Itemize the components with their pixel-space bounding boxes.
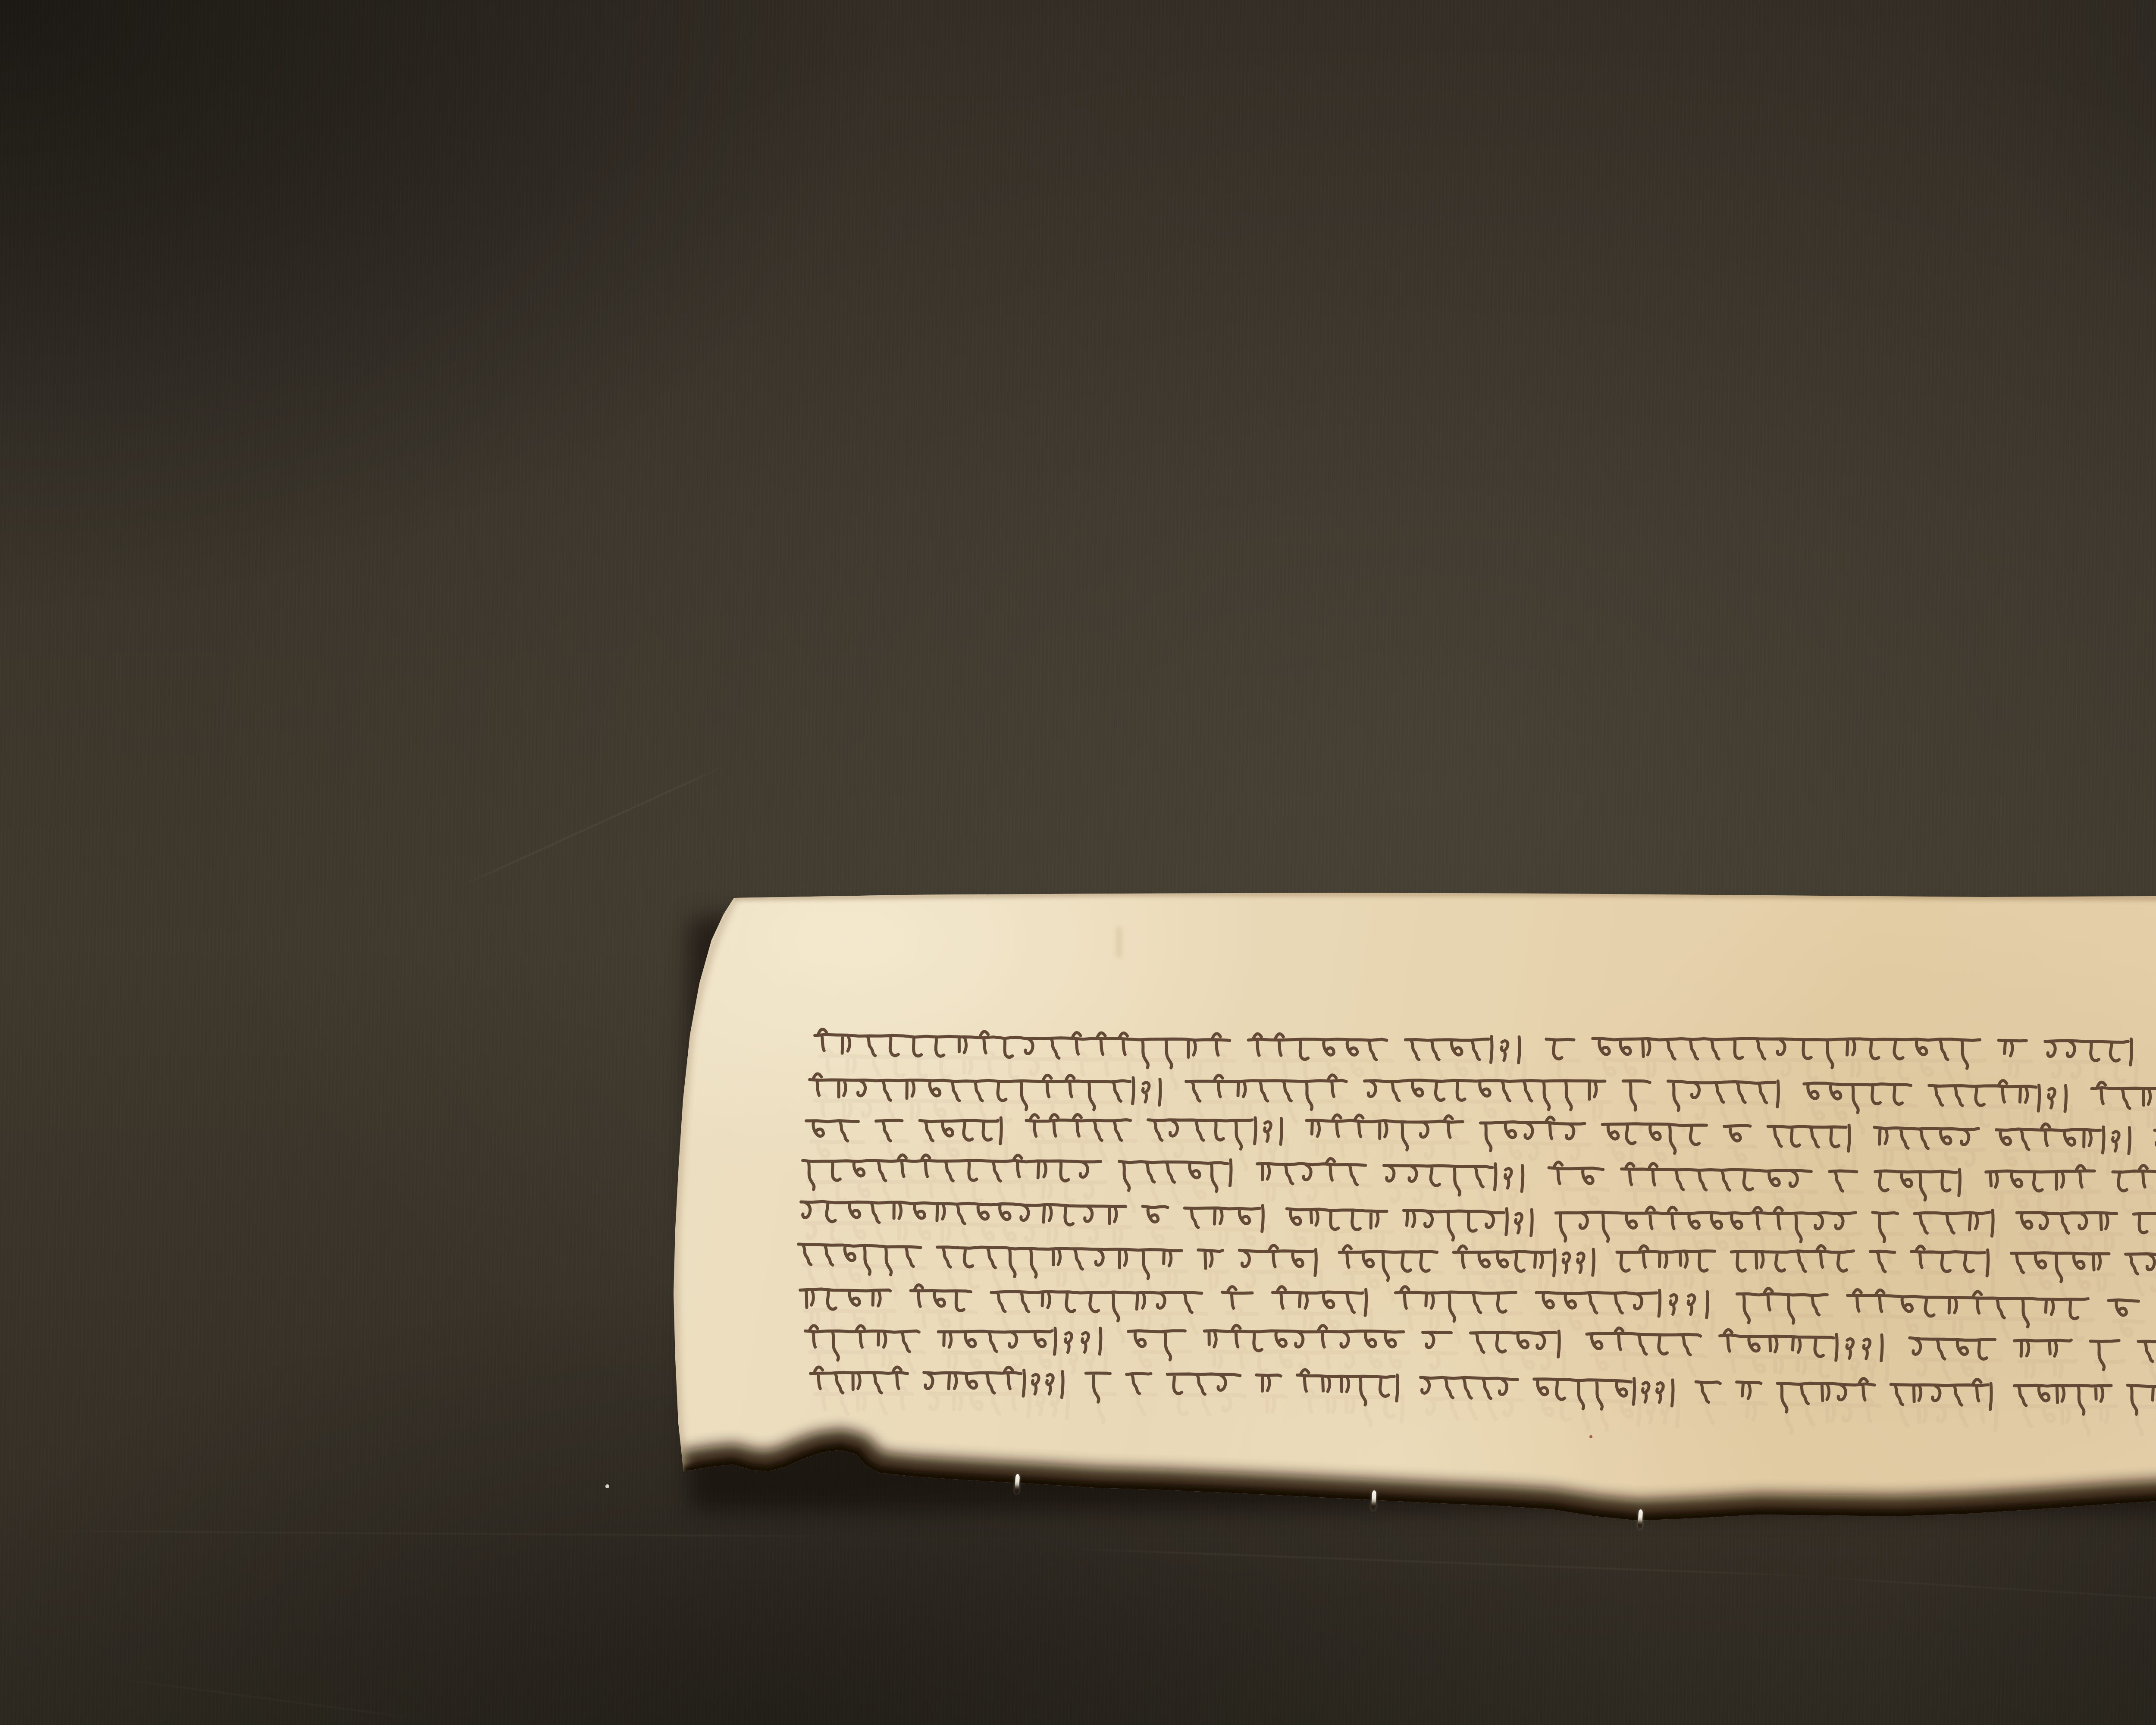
manuscript-page: স্যামাকূত্যামস্যামাশিষ্যস্যাং দেবহূত্যাং… bbox=[668, 888, 2156, 1527]
crease-line bbox=[452, 762, 731, 891]
crease-line bbox=[1048, 1547, 1834, 1578]
manuscript-line-text: চন্দ্রমা নক্ষত্রানামধিপতিঃ স মাবতু। অস্ম… bbox=[799, 1237, 1810, 1267]
manuscript-line-text: অস্মিন ব্রহ্ম।১৫। ত তা অবরে তে মাবন্তু। … bbox=[811, 1365, 1788, 1394]
manuscript-line-text: র্বতানামধিপতয়স্তে মাবন্তু। অস্মিন ব্রহ্… bbox=[803, 1154, 1730, 1183]
crease-line bbox=[112, 1678, 424, 1720]
ink-smudge bbox=[1117, 927, 1121, 957]
dust-speck bbox=[605, 1484, 609, 1488]
manuscript-line: অস্মিন ব্রহ্ম।১৫। ত তা অবরে তে মাবন্তু। … bbox=[811, 1356, 2156, 1421]
pin bbox=[1638, 1509, 1643, 1529]
manuscript-line-text: ব্রহ্মণীত্যাদনুষঙ্গঃ।২। দ্যাবাপৃথিবী দাত… bbox=[810, 1069, 1760, 1099]
crease-line bbox=[1811, 1576, 2156, 1604]
photo-backdrop: স্যামাকূত্যামস্যামাশিষ্যস্যাং দেবহূত্যাং… bbox=[0, 0, 2156, 1725]
manuscript-line-text: বায়ুরন্তরিক্ষস্যাধিপতিঃ স মাবতু। অস্মিন… bbox=[801, 1196, 1755, 1225]
manuscript-line-text: পতিঃ স মাবতু। অস্মিন ব্রহ্ম।৪। মিত্রাবরু… bbox=[806, 1111, 1805, 1141]
manuscript-line-text: স্যামাকূত্যামস্যামাশিষ্যস্যাং দেবহূত্যাং… bbox=[815, 1027, 1749, 1056]
crease-line bbox=[26, 1530, 862, 1537]
manuscript-line-text: অস্মিন ব্রহ্ম।১৩। যমঃ পিতৃনামধিপতিঃ স মা… bbox=[805, 1321, 1721, 1351]
manuscript-line-text: মরুতাং পিতা পশূনামধিপতিঃ স মাবতু। অস্মিন… bbox=[800, 1280, 1716, 1309]
paper-speck bbox=[1589, 1435, 1592, 1438]
